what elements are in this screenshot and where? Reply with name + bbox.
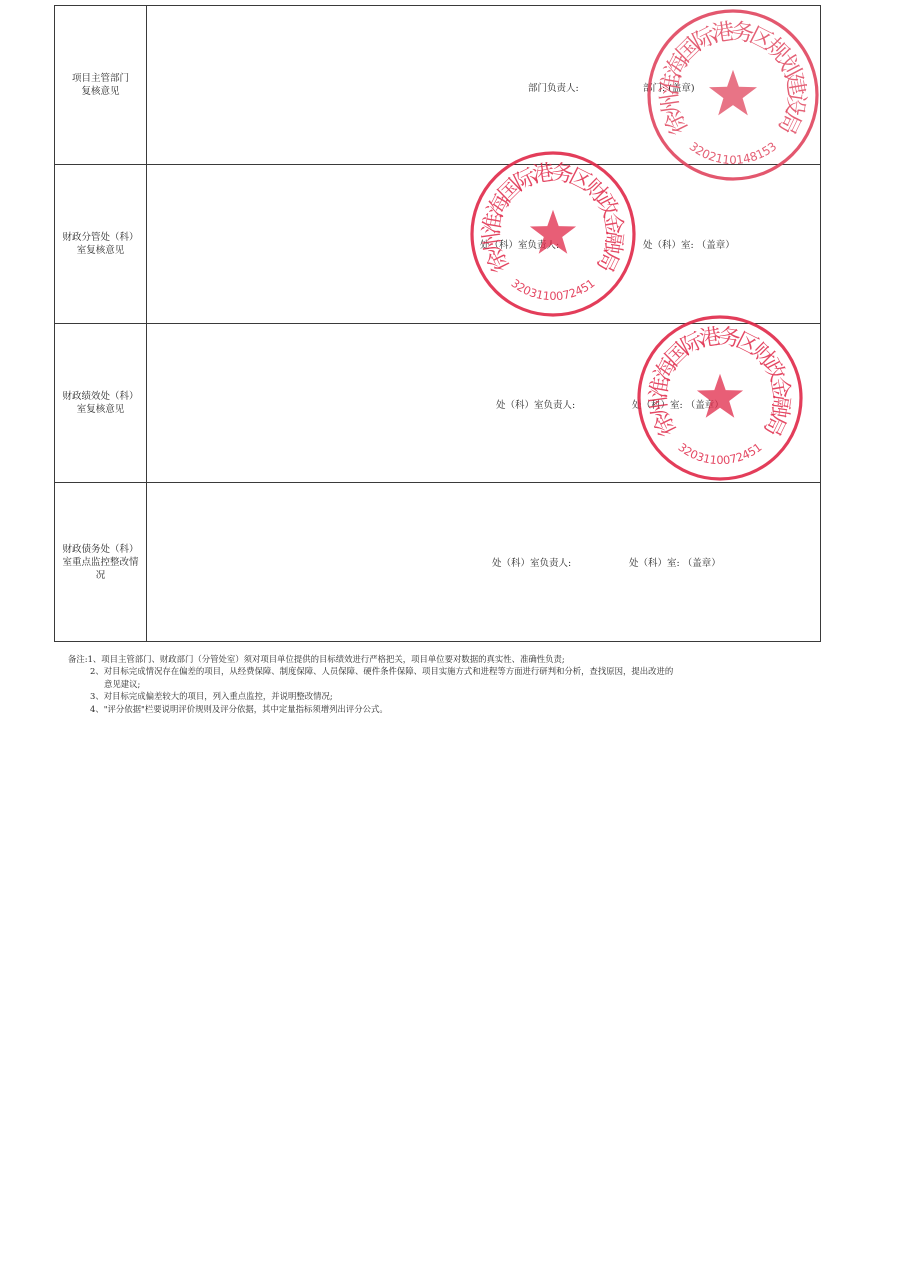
- row-label-debt-monitoring: 财政债务处（科） 室重点监控整改情 况: [55, 483, 147, 642]
- notes-prefix: 备注:: [68, 654, 88, 664]
- unit-seal-label: 部门: (盖章): [643, 80, 695, 94]
- table-row-performance-review: 财政绩效处（科） 室复核意见 处（科）室负责人: 处（科）室: （盖章）: [55, 324, 821, 483]
- unit-seal-label: 处（科）室: （盖章）: [643, 237, 735, 251]
- label-line: 复核意见: [59, 85, 143, 98]
- label-line: 财政分管处（科）: [59, 231, 143, 244]
- note-item-1: 备注:1、项目主管部门、财政部门（分管处室）须对项目单位提供的目标绩效进行严格把…: [68, 653, 828, 665]
- opinion-cell-finance-branch-review: 处（科）室负责人: 处（科）室: （盖章）: [147, 165, 821, 324]
- opinion-cell-performance-review: 处（科）室负责人: 处（科）室: （盖章）: [147, 324, 821, 483]
- signer-label: 部门负责人:: [528, 80, 579, 94]
- table-row-finance-branch-review: 财政分管处（科） 室复核意见 处（科）室负责人: 处（科）室: （盖章）: [55, 165, 821, 324]
- label-line: 财政绩效处（科）: [59, 390, 143, 403]
- table-row-dept-review: 项目主管部门 复核意见 部门负责人: 部门: (盖章): [55, 6, 821, 165]
- document-page: 项目主管部门 复核意见 部门负责人: 部门: (盖章) 财政分管处（科） 室复核…: [0, 0, 900, 1274]
- label-line: 况: [59, 569, 143, 582]
- note-item-3: 3、对目标完成偏差较大的项目，列入重点监控，并说明整改情况;: [68, 690, 828, 702]
- label-line: 财政债务处（科）: [59, 543, 143, 556]
- note-item-2: 2、对目标完成情况存在偏差的项目，从经费保障、制度保障、人员保障、硬件条件保障、…: [68, 665, 828, 677]
- table-row-debt-monitoring: 财政债务处（科） 室重点监控整改情 况 处（科）室负责人: 处（科）室: （盖章…: [55, 483, 821, 642]
- note-item-2-cont: 意见建议;: [68, 678, 828, 690]
- signer-label: 处（科）室负责人:: [496, 397, 575, 411]
- row-label-finance-branch-review: 财政分管处（科） 室复核意见: [55, 165, 147, 324]
- note-item-4: 4、"评分依据"栏要说明评价规则及评分依据，其中定量指标须增列出评分公式。: [68, 703, 828, 715]
- signer-label: 处（科）室负责人:: [480, 237, 559, 251]
- unit-seal-label: 处（科）室: （盖章）: [632, 397, 724, 411]
- signer-label: 处（科）室负责人:: [492, 555, 571, 569]
- opinion-cell-dept-review: 部门负责人: 部门: (盖章): [147, 6, 821, 165]
- row-label-dept-review: 项目主管部门 复核意见: [55, 6, 147, 165]
- opinion-cell-debt-monitoring: 处（科）室负责人: 处（科）室: （盖章）: [147, 483, 821, 642]
- label-line: 室复核意见: [59, 244, 143, 257]
- notes-section: 备注:1、项目主管部门、财政部门（分管处室）须对项目单位提供的目标绩效进行严格把…: [68, 653, 828, 715]
- row-label-performance-review: 财政绩效处（科） 室复核意见: [55, 324, 147, 483]
- label-line: 室复核意见: [59, 403, 143, 416]
- label-line: 室重点监控整改情: [59, 556, 143, 569]
- label-line: 项目主管部门: [59, 72, 143, 85]
- review-form-table: 项目主管部门 复核意见 部门负责人: 部门: (盖章) 财政分管处（科） 室复核…: [54, 5, 821, 642]
- unit-seal-label: 处（科）室: （盖章）: [629, 555, 721, 569]
